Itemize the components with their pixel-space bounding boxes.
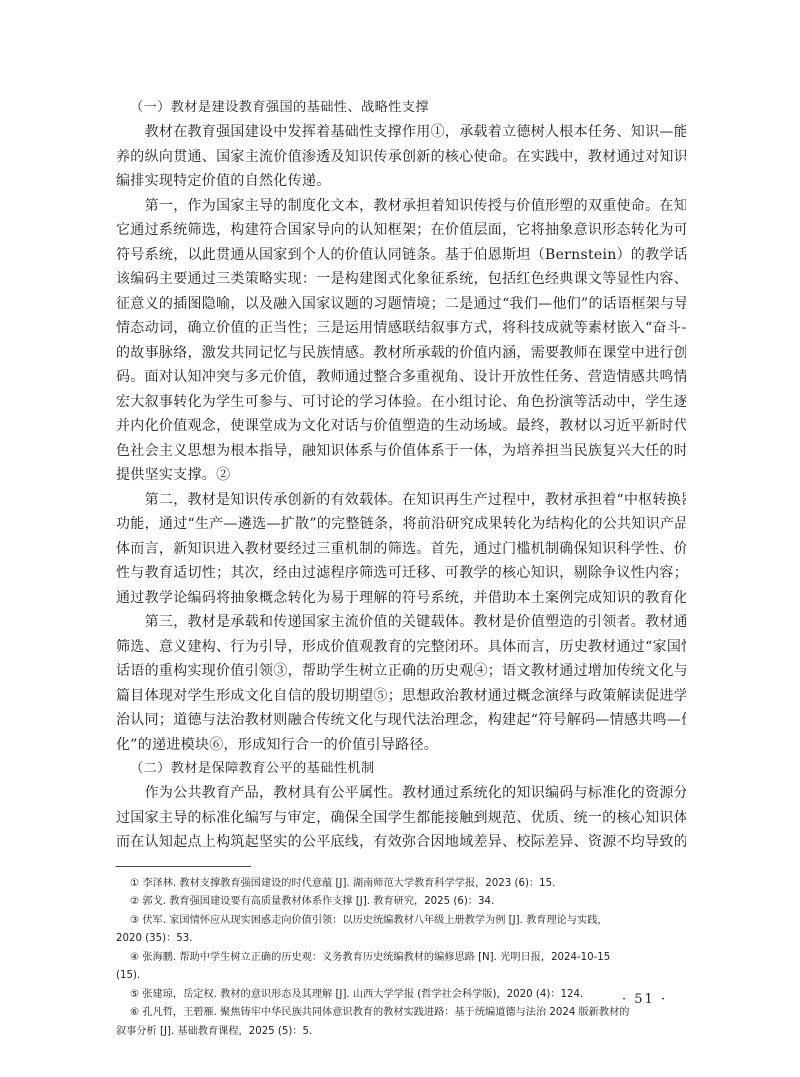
text-line: 情态动词，确立价值的正当性；三是运用情感联结叙事方式，将科技成就等素材嵌入“奋斗…: [116, 316, 686, 341]
footnote-5: ⑤ 张建琼，岳定权. 教材的意识形态及其理解 [J]. 山西大学学报 (哲学社会…: [116, 986, 686, 1005]
text-line: 第一，作为国家主导的制度化文本，教材承担着知识传授与价值形塑的双重使命。在知识层…: [116, 194, 686, 219]
text-line: 通过教学论编码将抽象概念转化为易于理解的符号系统，并借助本土案例完成知识的教育化…: [116, 586, 686, 611]
text-line: 该编码主要通过三类策略实现：一是构建图式化象征系统，包括红色经典课文等显性内容、…: [116, 267, 686, 292]
text-line: 第三，教材是承载和传递国家主流价值的关键载体。教材是价值塑造的引领者。教材通过知…: [116, 610, 686, 635]
section-heading-1: （一）教材是建设教育强国的基础性、战略性支撑: [116, 96, 686, 120]
footnote-line: 2020 (35)：53.: [116, 930, 686, 949]
text-line: 编排实现特定价值的自然化传递。: [116, 169, 686, 194]
text-line: 话语的重构实现价值引领③，帮助学生树立正确的历史观④；语文教材通过增加传统文化与…: [116, 659, 686, 684]
footnote-line: ① 李泽林. 教材支撑教育强国建设的时代意蕴 [J]. 湖南师范大学教育科学学报…: [116, 875, 686, 894]
text-line: 养的纵向贯通、国家主流价值渗透及知识传承创新的核心使命。在实践中，教材通过对知识…: [116, 145, 686, 170]
text-line: 化”的递进模块⑥，形成知行合一的价值引导路径。: [116, 733, 686, 758]
text-line: 体而言，新知识进入教材要经过三重机制的筛选。首先，通过门槛机制确保知识科学性、价…: [116, 537, 686, 562]
text-line: 提供坚实支撑。②: [116, 463, 686, 488]
text-line: 它通过系统筛选，构建符合国家导向的认知框架；在价值层面，它将抽象意识形态转化为可…: [116, 218, 686, 243]
text-line: 篇目体现对学生形成文化自信的殷切期望⑤；思想政治教材通过概念演绎与政策解读促进学…: [116, 684, 686, 709]
footnote-line: ③ 伏军. 家国情怀应从现实困惑走向价值引领：以历史统编教材八年级上册教学为例 …: [116, 912, 686, 931]
text-line: 宏大叙事转化为学生可参与、可讨论的学习体验。在小组讨论、角色扮演等活动中，学生逐…: [116, 390, 686, 415]
footnote-line: ⑥ 孔凡哲，王碧雁. 聚焦铸牢中华民族共同体意识教育的教材实践进路：基于统编道德…: [116, 1004, 686, 1023]
footnote-3: ③ 伏军. 家国情怀应从现实困惑走向价值引领：以历史统编教材八年级上册教学为例 …: [116, 912, 686, 949]
text-line: 而在认知起点上构筑起坚实的公平底线，有效弥合因地域差异、校际差异、资源不均导致的…: [116, 830, 686, 855]
text-line: 色社会主义思想为根本指导，融知识体系与价值体系于一体，为培养担当民族复兴大任的时…: [116, 439, 686, 464]
text-line: 第二，教材是知识传承创新的有效载体。在知识再生产过程中，教材承担着“中枢转换器”…: [116, 488, 686, 513]
text-line: 码。面对认知冲突与多元价值，教师通过整合多重视角、设计开放性任务、营造情感共鸣情…: [116, 365, 686, 390]
text-line: 并内化价值观念，使课堂成为文化对话与价值塑造的生动场域。最终，教材以习近平新时代…: [116, 414, 686, 439]
page-number: · 51 ·: [622, 992, 667, 1007]
text-line: 治认同；道德与法治教材则融合传统文化与现代法治理念，构建起“符号解码—情感共鸣—…: [116, 708, 686, 733]
footnote-line: (15).: [116, 967, 686, 986]
text-line: 作为公共教育产品，教材具有公平属性。教材通过系统化的知识编码与标准化的资源分配，…: [116, 781, 686, 806]
section-heading-2: （二）教材是保障教育公平的基础性机制: [116, 757, 686, 781]
text-line: 的故事脉络，激发共同记忆与民族情感。教材所承载的价值内涵，需要教师在课堂中进行创…: [116, 341, 686, 366]
footnote-2: ② 郭戈. 教育强国建设要有高质量教材体系作支撑 [J]. 教育研究，2025 …: [116, 893, 686, 912]
footnote-line: ⑤ 张建琼，岳定权. 教材的意识形态及其理解 [J]. 山西大学学报 (哲学社会…: [116, 986, 686, 1005]
footnote-1: ① 李泽林. 教材支撑教育强国建设的时代意蕴 [J]. 湖南师范大学教育科学学报…: [116, 875, 686, 894]
text-line: 符号系统，以此贯通从国家到个人的价值认同链条。基于伯恩斯坦（Bernstein）…: [116, 243, 686, 268]
text-line: 筛选、意义建构、行为引导，形成价值观教育的完整闭环。具体而言，历史教材通过“家国…: [116, 635, 686, 660]
text-line: 征意义的插图隐喻，以及融入国家议题的习题情境；二是通过“我们—他们”的话语框架与…: [116, 292, 686, 317]
paragraph-equity: 作为公共教育产品，教材具有公平属性。教材通过系统化的知识编码与标准化的资源分配，…: [116, 781, 686, 855]
footnote-line: ④ 张海鹏. 帮助中学生树立正确的历史观：义务教育历史统编教材的编修思路 [N]…: [116, 949, 686, 968]
footnote-divider: [116, 866, 251, 867]
text-line: 过国家主导的标准化编写与审定，确保全国学生都能接触到规范、优质、统一的核心知识体…: [116, 806, 686, 831]
text-line: 功能，通过“生产—遴选—扩散”的完整链条，将前沿研究成果转化为结构化的公共知识产…: [116, 512, 686, 537]
paragraph-second: 第二，教材是知识传承创新的有效载体。在知识再生产过程中，教材承担着“中枢转换器”…: [116, 488, 686, 611]
footnote-line: 叙事分析 [J]. 基础教育课程，2025 (5)：5.: [116, 1023, 686, 1042]
paragraph-intro: 教材在教育强国建设中发挥着基础性支撑作用①，承载着立德树人根本任务、知识—能力—…: [116, 120, 686, 194]
footnote-line: ② 郭戈. 教育强国建设要有高质量教材体系作支撑 [J]. 教育研究，2025 …: [116, 893, 686, 912]
footnote-4: ④ 张海鹏. 帮助中学生树立正确的历史观：义务教育历史统编教材的编修思路 [N]…: [116, 949, 686, 986]
text-line: 性与教育适切性；其次，经由过滤程序筛选可迁移、可教学的核心知识，剔除争议性内容；…: [116, 561, 686, 586]
footnote-6: ⑥ 孔凡哲，王碧雁. 聚焦铸牢中华民族共同体意识教育的教材实践进路：基于统编道德…: [116, 1004, 686, 1041]
paragraph-first: 第一，作为国家主导的制度化文本，教材承担着知识传授与价值形塑的双重使命。在知识层…: [116, 194, 686, 488]
paragraph-third: 第三，教材是承载和传递国家主流价值的关键载体。教材是价值塑造的引领者。教材通过知…: [116, 610, 686, 757]
footnotes: ① 李泽林. 教材支撑教育强国建设的时代意蕴 [J]. 湖南师范大学教育科学学报…: [116, 875, 686, 1042]
page-body: （一）教材是建设教育强国的基础性、战略性支撑 教材在教育强国建设中发挥着基础性支…: [116, 96, 686, 1041]
text-line: 教材在教育强国建设中发挥着基础性支撑作用①，承载着立德树人根本任务、知识—能力—…: [116, 120, 686, 145]
